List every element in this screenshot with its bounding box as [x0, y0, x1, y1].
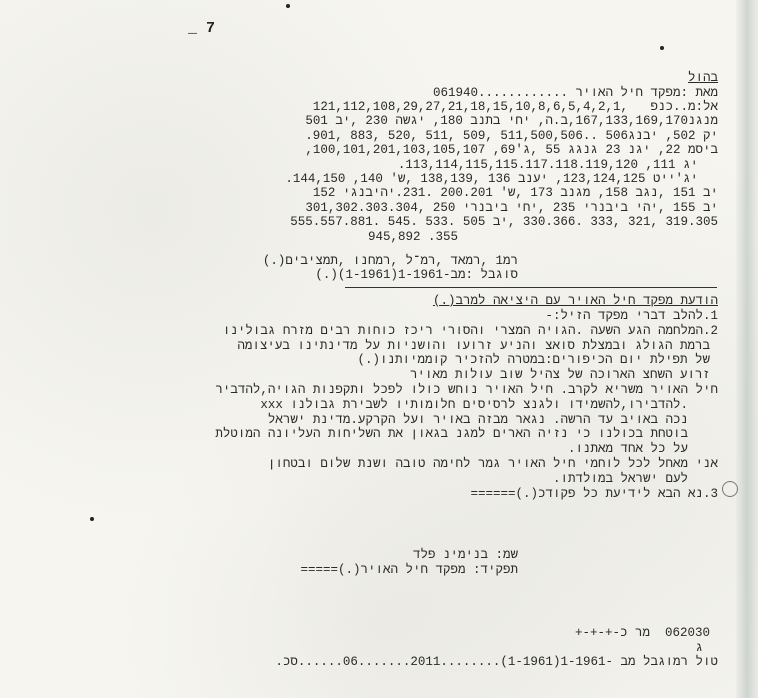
addressee-line: 945,892 .355 — [368, 230, 458, 244]
divider-rule — [345, 287, 717, 288]
body-line: ברמת הגולג ובמצלת סואצ והניע זרועו והושנ… — [237, 339, 710, 353]
addressee-line: ביסמ 22, יגנ 23 גנגג 55 ,ג'69, 100,101,2… — [305, 143, 718, 157]
priority-label: בהול — [688, 71, 718, 85]
addressee-line: יב 151 ,נגב 158, מגנב 173 ,ש' 200.201 .2… — [313, 186, 718, 200]
receipt-line: 062030 מר כ-+-+-+ — [575, 626, 710, 640]
addressee-line: אל:מ..כנפ ,121,112,108,29,27,21,18,15,10… — [313, 100, 718, 114]
addressee-line: יג'ייט 123,124,125, יענב 136 ,138,139 ,ש… — [285, 172, 698, 186]
page-number: _ 7 — [188, 20, 215, 37]
body-line: זרוע השחצ הארוכה של צהיל שוב עולות מאויר — [410, 368, 710, 382]
addressee-line: יב 155 ,יהי ביבנרי 235 ,יחי ביבנרי 250 ,… — [305, 201, 718, 215]
addressee-line: 319.305 ,321 ,333 .330.366 ,יב 505 .533 … — [290, 215, 718, 229]
hole-punch-mark — [722, 481, 738, 497]
body-line: של תפילת יום הכיפורים:במטרה להזכיר קוממי… — [357, 353, 710, 367]
body-line: על כל אחד מאתנו. — [568, 442, 688, 456]
body-line: xxx להדבירו,להשמידו ולגנצ לרסיסים חלומות… — [260, 398, 688, 412]
body-line: נכה באויב עד הרשה. נגאר מבזה באויר ועל ה… — [268, 413, 688, 427]
body-line: 1.להלב דברי מפקד הזיל:- — [545, 309, 718, 323]
from-line: מאת :מפקד חיל האויר ............061940 — [433, 86, 718, 100]
body-line: 2.המלחמה הגע השעה .הגויה המצרי והסורי רי… — [223, 324, 718, 338]
copies-line: רמ1 ,רמאד ,רמ־ל ,רמחנו ,תמציבים(.) — [263, 254, 518, 268]
body-line: חיל האויר משריא לקרב. חיל האויר נוחש כול… — [215, 383, 718, 397]
footer-classification: טול רמוגבל מב -1-1961(1-1961)........201… — [275, 655, 718, 669]
signer-role: תפקיד: מפקד חיל האויר(.)===== — [300, 563, 518, 577]
ink-speck — [286, 4, 290, 8]
ink-speck — [660, 46, 664, 50]
body-line: בוטחת בכולנו כי נזיה הארים למגנ בגאון את… — [215, 427, 688, 441]
addressee-line: יג 111, 113,114,115,115.117.118.119,120. — [398, 158, 698, 172]
receipt-mark: ג — [695, 641, 703, 655]
body-line: אני מאחל לכל לוחמי חיל האויר גמר לחימה ט… — [268, 457, 718, 471]
addressee-line: יק 502, יבנג506 ..511,500,506 ,509 ,511 … — [305, 129, 718, 143]
ink-speck — [90, 517, 94, 521]
body-line: 3.נא הבא לידיעת כל פקודכ(.)====== — [470, 487, 718, 501]
body-line: לעם ישראל במולדתו. — [553, 472, 688, 486]
signer-name: שמ: בנימינ פלד — [413, 548, 518, 562]
classification-line: סוגבל :מב-1-1961(1-1961)(.) — [315, 268, 518, 282]
addressee-line: מנגנ167,133,169,170,ב.ה, יחי בתנב 180, י… — [305, 114, 718, 128]
message-subject: הודעת מפקד חיל האויר עם היציאה למרב(.) — [433, 294, 718, 308]
scan-edge-shadow — [736, 0, 758, 698]
